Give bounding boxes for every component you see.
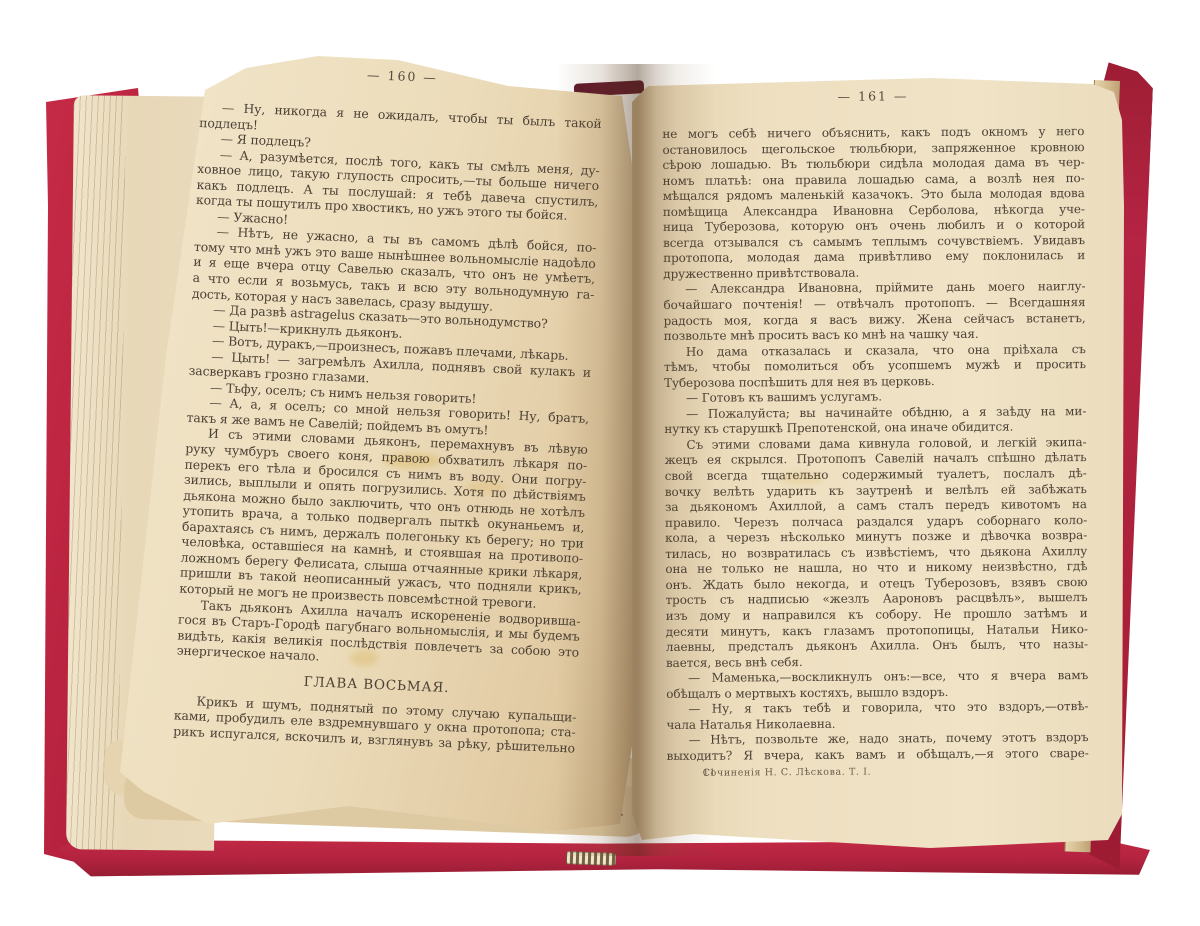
left-page-body-1: — Ну, никогда я не ожидалъ, чтобы ты был… <box>176 99 602 675</box>
text-line: выходитъ? Я вчера, какъ вамъ и обѣщалъ,—… <box>667 746 1089 764</box>
page-stack-edge-lines <box>66 95 126 850</box>
right-page-body: не могъ себѣ ничего объяснить, какъ подъ… <box>662 124 1088 764</box>
book-photo: — 160 — — Ну, никогда я не ожидалъ, чтоб… <box>0 0 1200 926</box>
left-page-text-column: — 160 — — Ну, никогда я не ожидалъ, чтоб… <box>173 60 604 756</box>
right-page-text-column: — 161 — не могъ себѣ ничего объяснить, к… <box>662 87 1089 768</box>
page-number-right: — 161 — <box>662 87 1084 105</box>
edition-caption: Сочиненія Н. С. Лѣскова. Т. I. <box>703 767 871 779</box>
signature-number: 11 <box>703 768 716 779</box>
endband-stitching <box>566 851 616 866</box>
